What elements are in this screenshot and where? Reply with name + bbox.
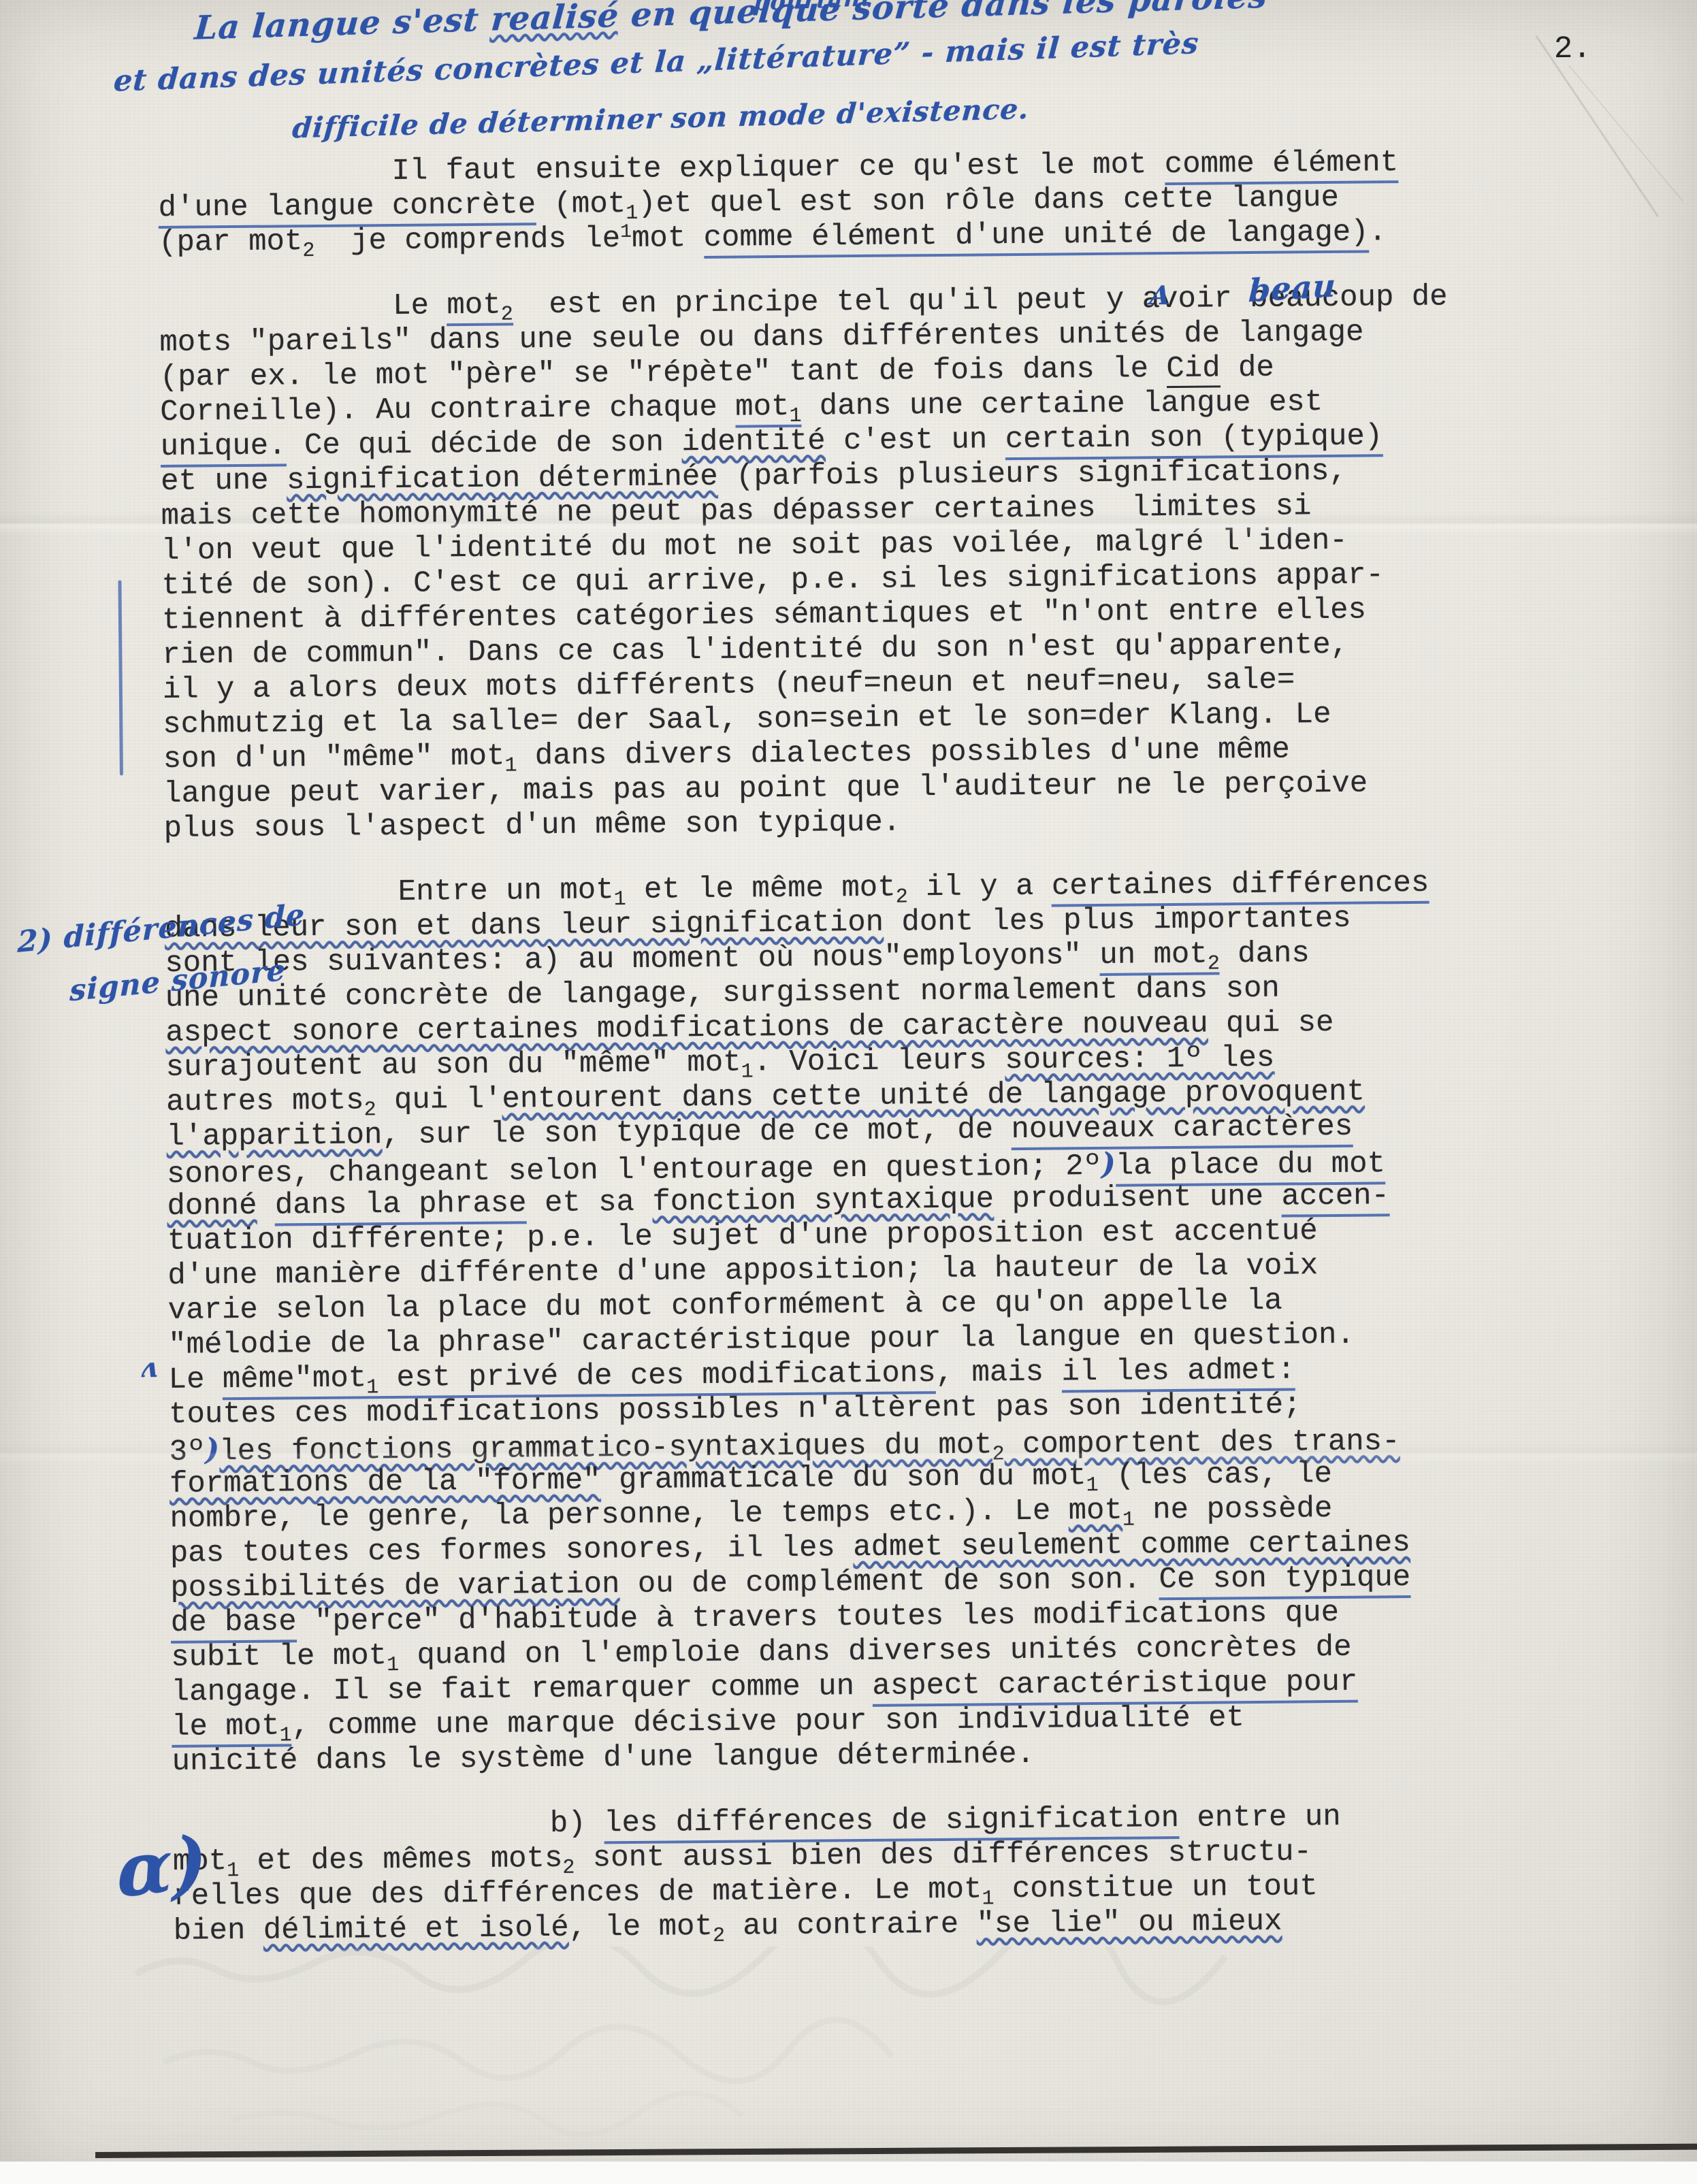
typed-paragraph-1: Il faut ensuite expliquer ce qu'est le m…: [158, 144, 1656, 261]
handwritten-paren: ): [1101, 1147, 1116, 1181]
page-number: 2.: [1553, 31, 1591, 67]
handwritten-note: α): [116, 1818, 208, 1914]
handwritten-note: difficile de déterminer son mode d'exist…: [291, 93, 1031, 144]
typed-paragraph-2: Le mot2 est en principe tel qu'il peut y…: [159, 278, 1662, 847]
margin-vertical-ink-line: [118, 580, 123, 775]
handwritten-note: beau: [1248, 267, 1337, 309]
scan-bottom-margin: [0, 2162, 1697, 2184]
scanned-page: 2. Il faut ensuite expliquer ce qu'est l…: [0, 0, 1697, 2184]
handwritten-note: A: [1148, 280, 1172, 310]
typed-paragraph-3: Entre un mot1 et le même mot2 il y a cer…: [164, 864, 1669, 1780]
handwritten-paren: ): [205, 1432, 219, 1467]
typed-text-block: Il faut ensuite expliquer ce qu'est le m…: [158, 144, 1671, 1949]
page-content: 2. Il faut ensuite expliquer ce qu'est l…: [0, 0, 1697, 2184]
typed-paragraph-4: b) les différences de signification entr…: [172, 1797, 1671, 1949]
handwritten-note: ʌ: [140, 1352, 160, 1384]
